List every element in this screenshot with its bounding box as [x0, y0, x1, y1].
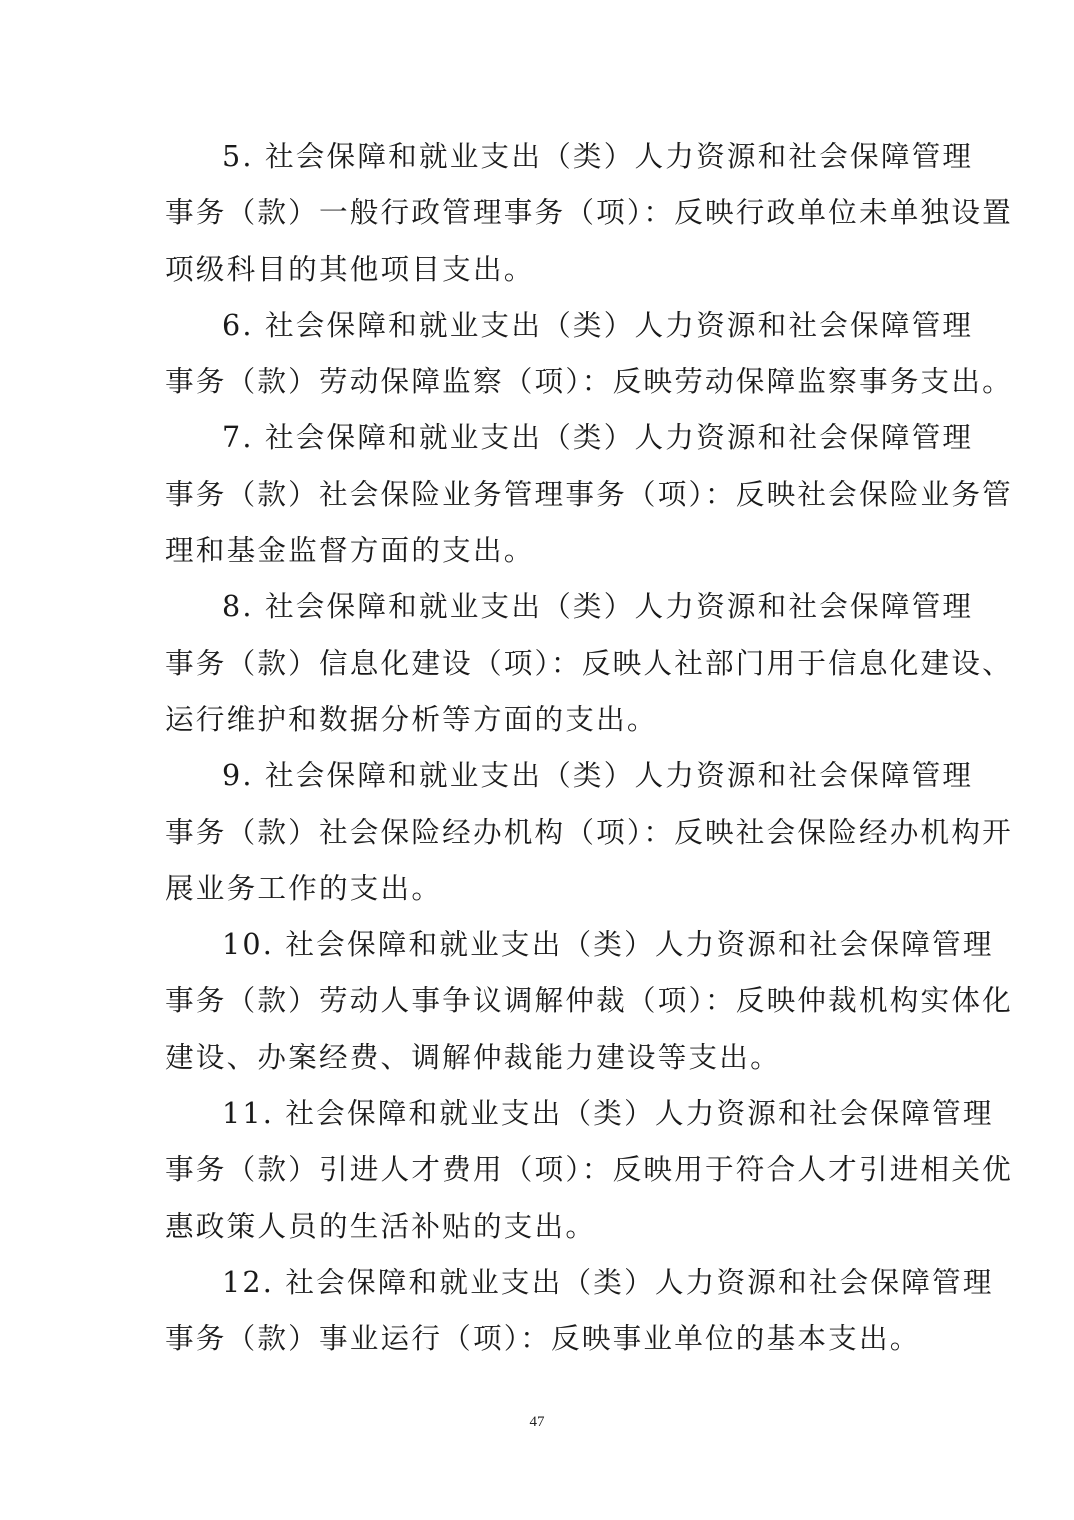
paragraph-line: 事务（款）一般行政管理事务（项）：反映行政单位未单独设置: [165, 184, 913, 240]
paragraph-line: 事务（款）事业运行（项）：反映事业单位的基本支出。: [165, 1310, 913, 1366]
paragraph-line: 事务（款）社会保险经办机构（项）：反映社会保险经办机构开: [165, 804, 913, 860]
paragraph-line: 5. 社会保障和就业支出（类）人力资源和社会保障管理: [165, 128, 913, 184]
paragraph-line: 事务（款）社会保险业务管理事务（项）：反映社会保险业务管: [165, 466, 913, 522]
paragraph-line: 运行维护和数据分析等方面的支出。: [165, 691, 913, 747]
paragraph-line: 6. 社会保障和就业支出（类）人力资源和社会保障管理: [165, 297, 913, 353]
paragraph-line: 12. 社会保障和就业支出（类）人力资源和社会保障管理: [165, 1254, 913, 1310]
paragraph-line: 建设、办案经费、调解仲裁能力建设等支出。: [165, 1029, 913, 1085]
paragraph-line: 事务（款）引进人才费用（项）：反映用于符合人才引进相关优: [165, 1141, 913, 1197]
paragraph-line: 10. 社会保障和就业支出（类）人力资源和社会保障管理: [165, 916, 913, 972]
paragraph-item-11: 11. 社会保障和就业支出（类）人力资源和社会保障管理 事务（款）引进人才费用（…: [165, 1085, 913, 1254]
paragraph-line: 事务（款）劳动保障监察（项）：反映劳动保障监察事务支出。: [165, 353, 913, 409]
document-body: 5. 社会保障和就业支出（类）人力资源和社会保障管理 事务（款）一般行政管理事务…: [165, 128, 913, 1367]
paragraph-line: 惠政策人员的生活补贴的支出。: [165, 1198, 913, 1254]
paragraph-line: 项级科目的其他项目支出。: [165, 241, 913, 297]
paragraph-line: 事务（款）信息化建设（项）：反映人社部门用于信息化建设、: [165, 635, 913, 691]
paragraph-item-6: 6. 社会保障和就业支出（类）人力资源和社会保障管理 事务（款）劳动保障监察（项…: [165, 297, 913, 410]
paragraph-item-9: 9. 社会保障和就业支出（类）人力资源和社会保障管理 事务（款）社会保险经办机构…: [165, 747, 913, 916]
paragraph-line: 展业务工作的支出。: [165, 860, 913, 916]
paragraph-line: 9. 社会保障和就业支出（类）人力资源和社会保障管理: [165, 747, 913, 803]
paragraph-line: 事务（款）劳动人事争议调解仲裁（项）：反映仲裁机构实体化: [165, 972, 913, 1028]
paragraph-line: 理和基金监督方面的支出。: [165, 522, 913, 578]
paragraph-item-10: 10. 社会保障和就业支出（类）人力资源和社会保障管理 事务（款）劳动人事争议调…: [165, 916, 913, 1085]
paragraph-item-7: 7. 社会保障和就业支出（类）人力资源和社会保障管理 事务（款）社会保险业务管理…: [165, 409, 913, 578]
page-number: 47: [0, 1414, 1074, 1431]
paragraph-line: 11. 社会保障和就业支出（类）人力资源和社会保障管理: [165, 1085, 913, 1141]
paragraph-line: 8. 社会保障和就业支出（类）人力资源和社会保障管理: [165, 578, 913, 634]
paragraph-item-8: 8. 社会保障和就业支出（类）人力资源和社会保障管理 事务（款）信息化建设（项）…: [165, 578, 913, 747]
paragraph-item-5: 5. 社会保障和就业支出（类）人力资源和社会保障管理 事务（款）一般行政管理事务…: [165, 128, 913, 297]
paragraph-line: 7. 社会保障和就业支出（类）人力资源和社会保障管理: [165, 409, 913, 465]
paragraph-item-12: 12. 社会保障和就业支出（类）人力资源和社会保障管理 事务（款）事业运行（项）…: [165, 1254, 913, 1367]
